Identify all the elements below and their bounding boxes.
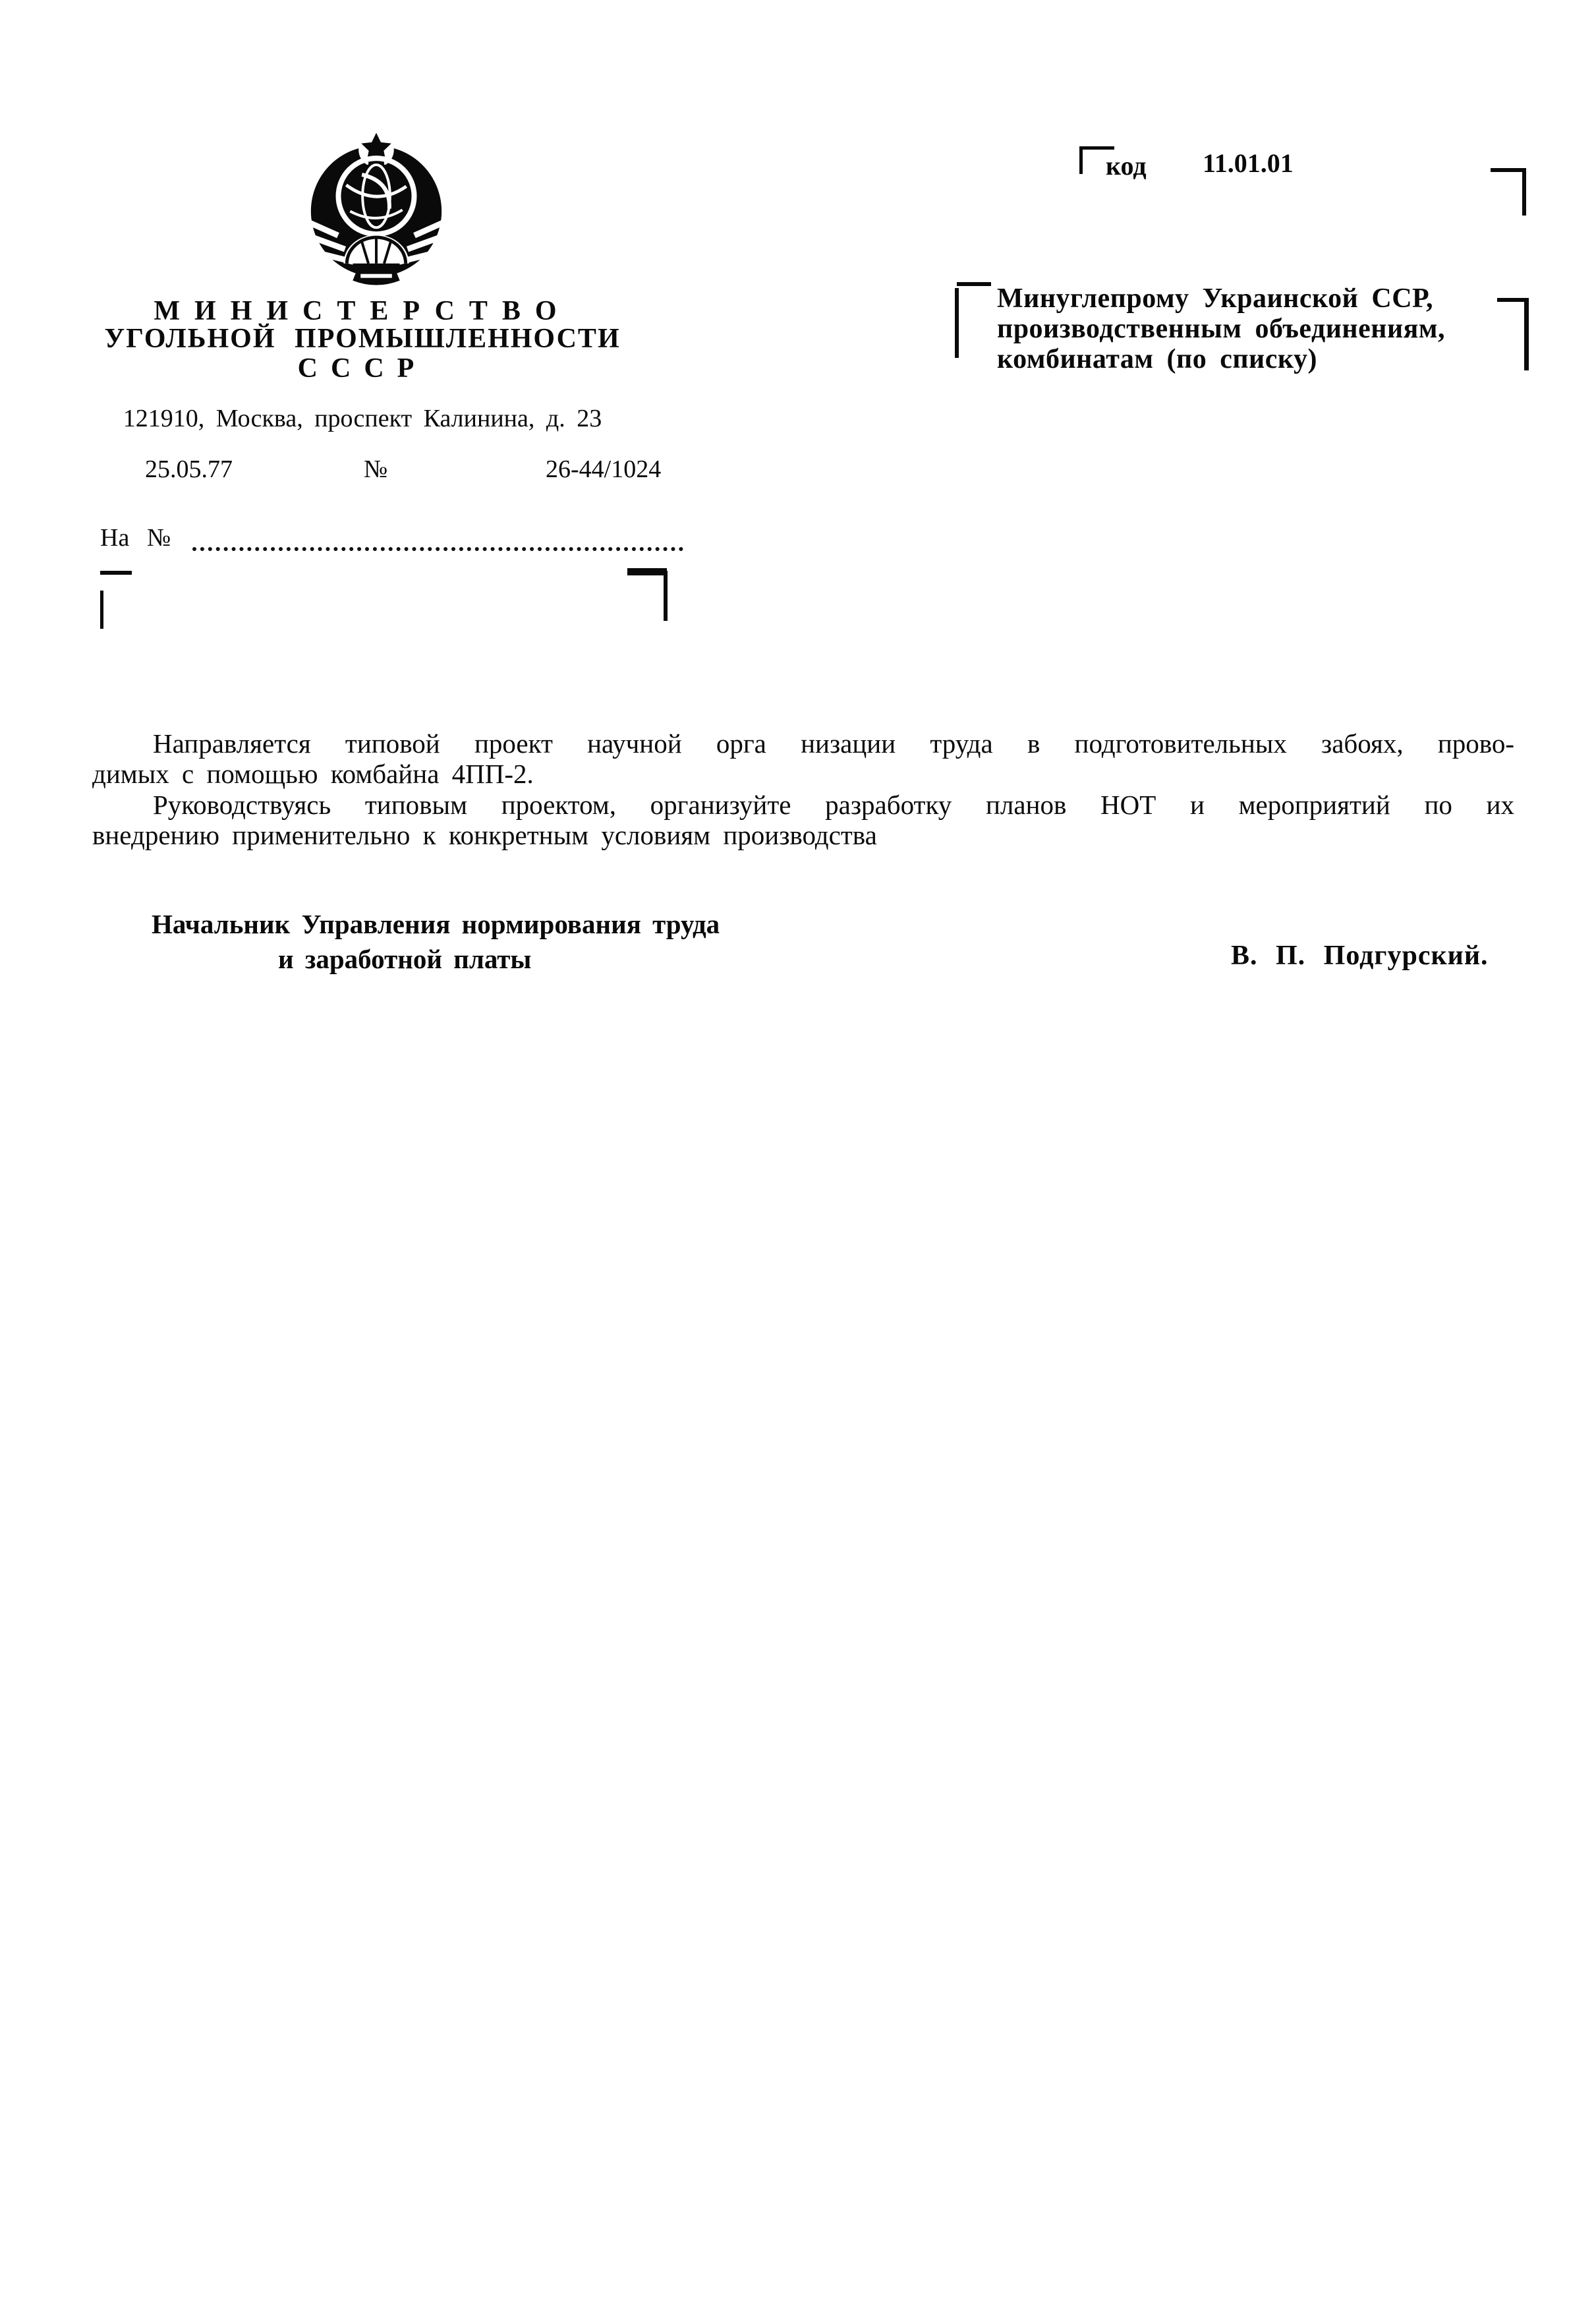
code-bracket-left-dash xyxy=(1081,146,1114,150)
recipient-bracket-left-bar xyxy=(955,288,959,358)
code-bracket-right-dash xyxy=(1491,168,1522,172)
reply-number-dotted-line xyxy=(192,527,683,551)
body-text-line: димых с помощью комбайна 4ПП-2. xyxy=(92,758,1514,791)
body-text-line: внедрению применительно к конкретным усл… xyxy=(92,819,1514,852)
signer-title-line1: Начальник Управления нормирования труда xyxy=(152,908,720,940)
ministry-address: 121910, Москва, проспект Калинина, д. 23 xyxy=(92,404,633,433)
code-bracket-left-bar xyxy=(1079,146,1083,174)
signer-title-line2: и заработной платы xyxy=(278,943,531,975)
corner-mark-right-dash xyxy=(627,568,667,575)
code-value: 11.01.01 xyxy=(1203,148,1294,179)
corner-mark-left-bar xyxy=(100,591,103,629)
reply-to-label: На xyxy=(100,523,129,552)
recipient-line: Минуглепрому Украинской ССР, xyxy=(997,283,1531,314)
body-text-line: Направляется типовой проект научной орга… xyxy=(92,728,1514,761)
body-text-line: Руководствуясь типовым проектом, организ… xyxy=(92,789,1514,822)
document-number: 26-44/1024 xyxy=(546,455,661,484)
letter-date: 25.05.77 xyxy=(145,455,233,484)
recipient-address-block: Минуглепрому Украинской ССР, производств… xyxy=(997,283,1531,374)
recipient-bracket-right-bar xyxy=(1524,301,1529,370)
recipient-bracket-left-dash xyxy=(957,282,991,286)
scanned-letter-page: МИНИСТЕРСТВО УГОЛЬНОЙ ПРОМЫШЛЕННОСТИ ССС… xyxy=(0,0,1596,2297)
ussr-coat-of-arms-icon xyxy=(298,127,455,289)
corner-mark-right-bar xyxy=(664,571,668,621)
number-sign: № xyxy=(364,455,387,484)
ministry-name-line3: СССР xyxy=(99,353,626,384)
corner-mark-left-dash xyxy=(100,571,132,575)
recipient-line: производственным объединениям, xyxy=(997,314,1531,344)
code-label: код xyxy=(1106,150,1147,181)
code-bracket-right-bar xyxy=(1522,168,1526,216)
ministry-name-line1: МИНИСТЕРСТВО xyxy=(99,295,626,327)
reply-to-number-sign: № xyxy=(147,523,171,552)
ministry-name-line2: УГОЛЬНОЙ ПРОМЫШЛЕННОСТИ xyxy=(99,323,626,355)
signer-name: В. П. Подгурский. xyxy=(1231,940,1489,972)
recipient-line: комбинатам (по списку) xyxy=(997,344,1531,374)
